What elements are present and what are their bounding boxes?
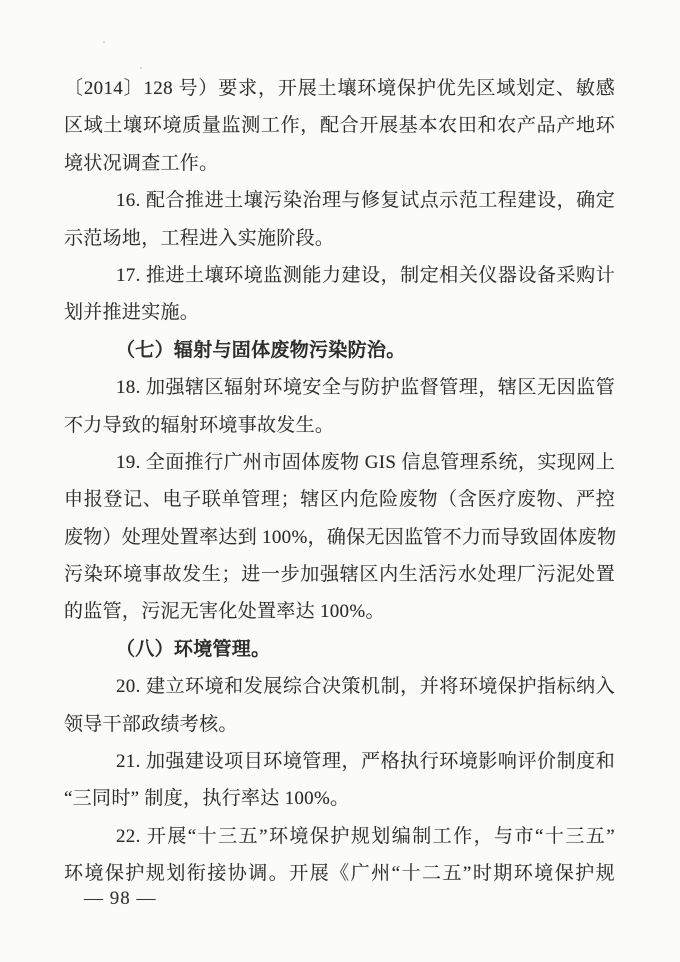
text-line: 废物）处理处置率达到 100%，确保无因监管不力而导致固体废物 <box>64 519 615 556</box>
page-number: — 98 — <box>84 888 157 910</box>
text-line: 〔2014〕128 号）要求，开展土壤环境保护优先区域划定、敏感 <box>64 70 615 107</box>
document-page: 〔2014〕128 号）要求，开展土壤环境保护优先区域划定、敏感 区域土壤环境质… <box>0 0 680 962</box>
section-heading: （七）辐射与固体废物污染防治。 <box>64 332 615 369</box>
text-line: “三同时” 制度，执行率达 100%。 <box>64 780 615 817</box>
text-line: 的监管，污泥无害化处置率达 100%。 <box>64 593 615 630</box>
text-line: 示范场地，工程进入实施阶段。 <box>64 220 615 257</box>
text-line: 污染环境事故发生；进一步加强辖区内生活污水处理厂污泥处置 <box>64 556 615 593</box>
text-line: 18. 加强辖区辐射环境安全与防护监督管理，辖区无因监管 <box>64 369 615 406</box>
text-line: 17. 推进土壤环境监测能力建设，制定相关仪器设备采购计 <box>64 257 615 294</box>
text-line: 21. 加强建设项目环境管理，严格执行环境影响评价制度和 <box>64 743 615 780</box>
document-body: 〔2014〕128 号）要求，开展土壤环境保护优先区域划定、敏感 区域土壤环境质… <box>64 70 615 893</box>
text-line: 划并推进实施。 <box>64 294 615 331</box>
text-line: 申报登记、电子联单管理；辖区内危险废物（含医疗废物、严控 <box>64 481 615 518</box>
text-line: 环境保护规划衔接协调。开展《广州“十二五”时期环境保护规 <box>64 855 615 892</box>
text-line: 领导干部政绩考核。 <box>64 706 615 743</box>
text-line: 境状况调查工作。 <box>64 145 615 182</box>
text-line: 不力导致的辐射环境事故发生。 <box>64 407 615 444</box>
section-heading: （八）环境管理。 <box>64 631 615 668</box>
text-line: 20. 建立环境和发展综合决策机制，并将环境保护指标纳入 <box>64 668 615 705</box>
text-line: 19. 全面推行广州市固体废物 GIS 信息管理系统，实现网上 <box>64 444 615 481</box>
text-line: 22. 开展“十三五”环境保护规划编制工作，与市“十三五” <box>64 818 615 855</box>
text-line: 16. 配合推进土壤污染治理与修复试点示范工程建设，确定 <box>64 182 615 219</box>
text-line: 区域土壤环境质量监测工作，配合开展基本农田和农产品产地环 <box>64 107 615 144</box>
scan-speck <box>103 41 105 43</box>
scan-speck <box>140 67 142 69</box>
